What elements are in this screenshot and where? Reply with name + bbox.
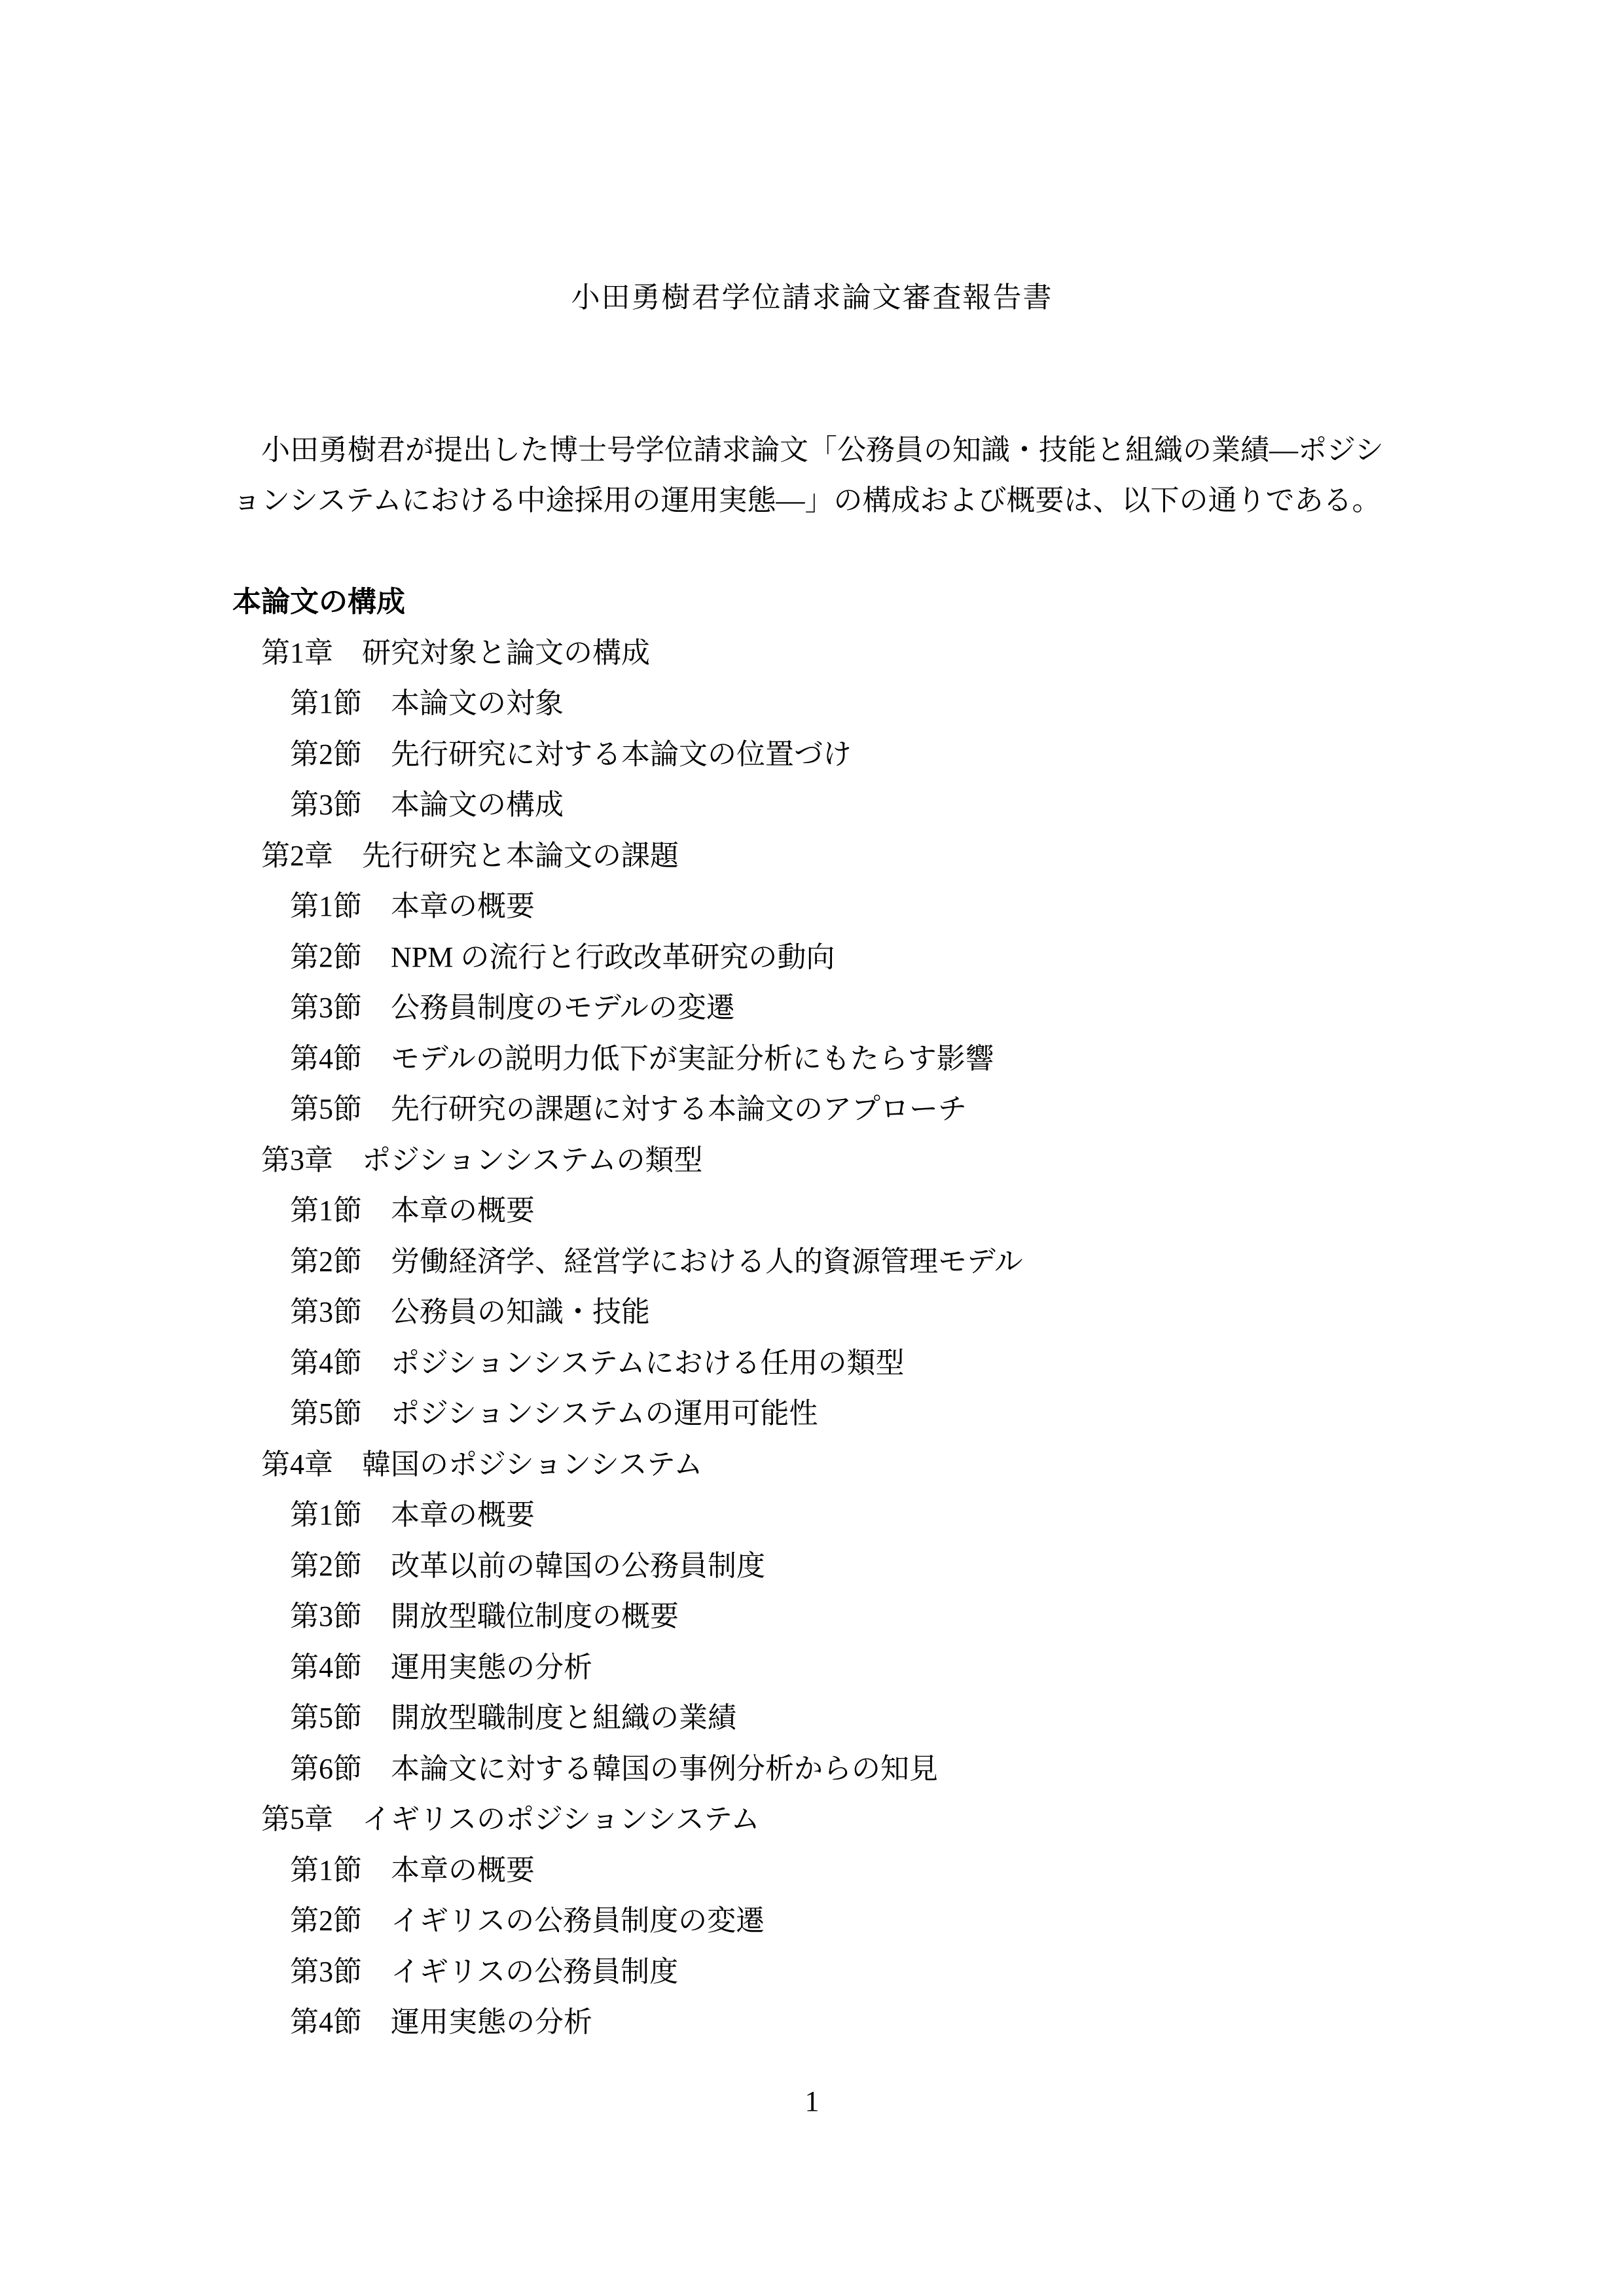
toc-line-chapter: 第5章 イギリスのポジションシステム — [232, 1794, 1392, 1845]
toc-line-section: 第6節 本論文に対する韓国の事例分析からの知見 — [232, 1744, 1392, 1795]
toc-line-section: 第2節 イギリスの公務員制度の変遷 — [232, 1895, 1392, 1946]
toc-line-section: 第1節 本章の概要 — [232, 881, 1392, 932]
toc-line-section: 第4節 モデルの説明力低下が実証分析にもたらす影響 — [232, 1033, 1392, 1085]
toc-line-section: 第4節 運用実態の分析 — [232, 1997, 1392, 2048]
toc-line-section: 第2節 改革以前の韓国の公務員制度 — [232, 1541, 1392, 1592]
toc-line-section: 第5節 ポジションシステムの運用可能性 — [232, 1388, 1392, 1439]
toc-line-section: 第3節 イギリスの公務員制度 — [232, 1946, 1392, 1998]
toc-line-section: 第4節 運用実態の分析 — [232, 1642, 1392, 1693]
toc-line-section: 第1節 本章の概要 — [232, 1490, 1392, 1541]
intro-paragraph-line-2: ョンシステムにおける中途採用の運用実態―」の構成および概要は、以下の通りである。 — [232, 475, 1392, 526]
toc-line-section: 第3節 本論文の構成 — [232, 780, 1392, 831]
toc-line-section: 第2節 労働経済学、経営学における人的資源管理モデル — [232, 1236, 1392, 1287]
toc-line-section: 第2節 先行研究に対する本論文の位置づけ — [232, 729, 1392, 780]
toc-line-section: 第4節 ポジションシステムにおける任用の類型 — [232, 1338, 1392, 1389]
intro-paragraph: 小田勇樹君が提出した博士号学位請求論文「公務員の知識・技能と組織の業績―ポジシ … — [232, 425, 1392, 526]
toc-line-section: 第5節 先行研究の課題に対する本論文のアプローチ — [232, 1084, 1392, 1135]
toc-line-section: 第1節 本章の概要 — [232, 1185, 1392, 1236]
toc-line-section: 第1節 本論文の対象 — [232, 678, 1392, 729]
document-title: 小田勇樹君学位請求論文審査報告書 — [232, 272, 1392, 323]
toc-line-section: 第3節 公務員制度のモデルの変遷 — [232, 982, 1392, 1033]
document-body: 小田勇樹君学位請求論文審査報告書 小田勇樹君が提出した博士号学位請求論文「公務員… — [232, 272, 1392, 2048]
toc-line-section: 第2節 NPM の流行と行政改革研究の動向 — [232, 932, 1392, 983]
toc-line-chapter: 第4章 韓国のポジションシステム — [232, 1439, 1392, 1490]
toc-line-chapter: 第3章 ポジションシステムの類型 — [232, 1135, 1392, 1186]
toc-line-chapter: 第2章 先行研究と本論文の課題 — [232, 831, 1392, 882]
toc-list: 第1章 研究対象と論文の構成第1節 本論文の対象第2節 先行研究に対する本論文の… — [232, 628, 1392, 2048]
intro-paragraph-line-1: 小田勇樹君が提出した博士号学位請求論文「公務員の知識・技能と組織の業績―ポジシ — [232, 425, 1392, 476]
document-page: 小田勇樹君学位請求論文審査報告書 小田勇樹君が提出した博士号学位請求論文「公務員… — [0, 0, 1624, 2296]
toc-line-section: 第3節 開放型職位制度の概要 — [232, 1591, 1392, 1642]
toc-heading: 本論文の構成 — [232, 577, 1392, 628]
toc-line-section: 第5節 開放型職制度と組織の業績 — [232, 1693, 1392, 1744]
page-number: 1 — [0, 2076, 1624, 2127]
toc-line-chapter: 第1章 研究対象と論文の構成 — [232, 628, 1392, 679]
toc-line-section: 第3節 公務員の知識・技能 — [232, 1287, 1392, 1338]
toc-line-section: 第1節 本章の概要 — [232, 1845, 1392, 1896]
